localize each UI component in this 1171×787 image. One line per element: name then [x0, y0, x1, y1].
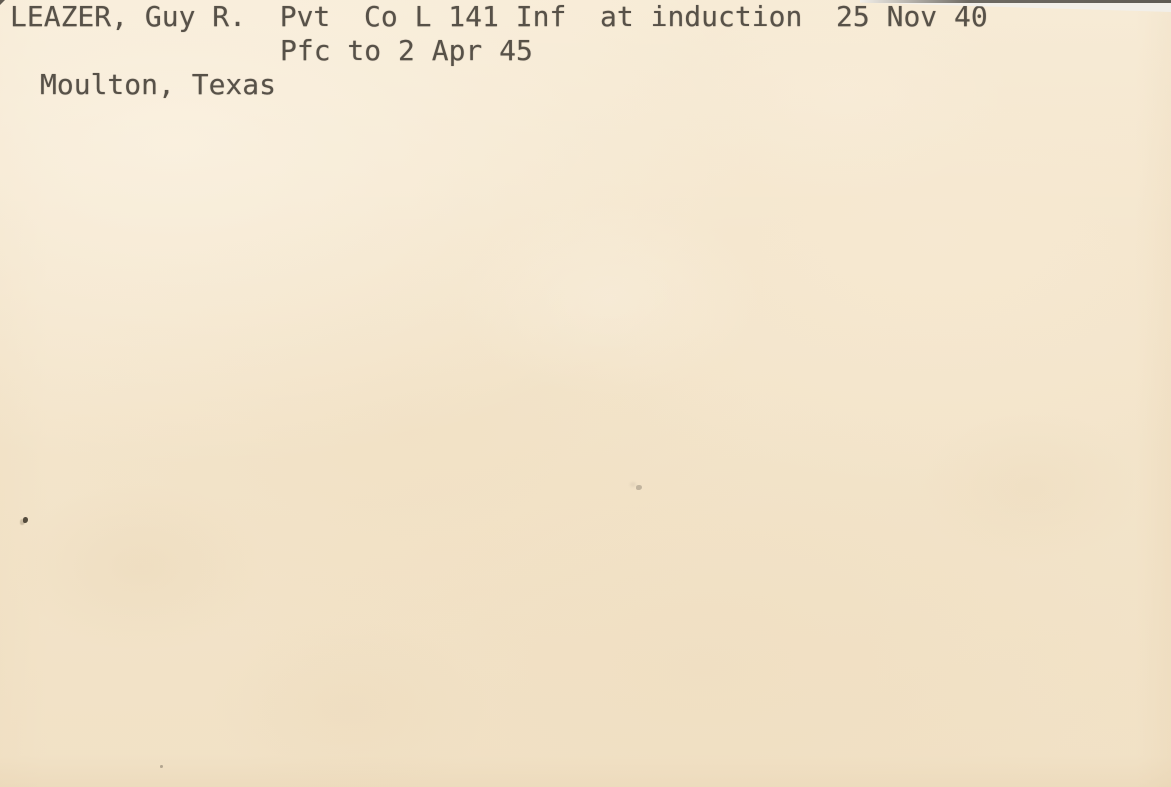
- paper-texture: [0, 0, 1171, 787]
- index-card: LEAZER, Guy R. Pvt Co L 141 Inf at induc…: [0, 0, 1171, 787]
- card-line-city-state: Moulton, Texas: [40, 68, 276, 102]
- scan-corner-mark: [0, 0, 5, 5]
- paper-speck: [160, 765, 163, 768]
- scan-edge-line: [860, 0, 1171, 3]
- card-line-promotion: Pfc to 2 Apr 45: [280, 34, 533, 68]
- paper-speck: [636, 485, 642, 490]
- paper-speck: [23, 517, 28, 523]
- card-line-name-rank-unit-date: LEAZER, Guy R. Pvt Co L 141 Inf at induc…: [10, 0, 988, 34]
